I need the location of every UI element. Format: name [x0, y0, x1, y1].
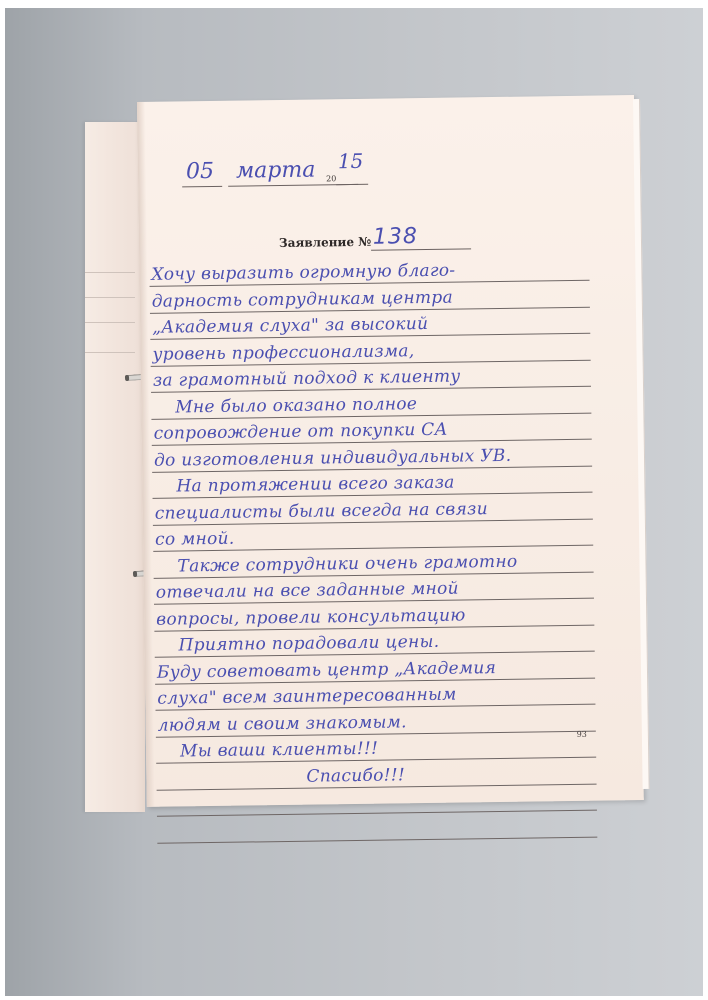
- leaf-ruled-line: [85, 352, 135, 353]
- statement-number-underline: [371, 248, 471, 250]
- handwritten-line: Спасибо!!!: [306, 765, 405, 786]
- handwritten-line: На протяжении всего заказа: [176, 473, 455, 497]
- handwritten-line: Хочу выразить огромную благо-: [151, 261, 455, 285]
- handwritten-line: Приятно порадовали цены.: [178, 632, 439, 656]
- leaf-ruled-line: [85, 297, 135, 298]
- handwritten-line: за грамотный подход к клиенту: [153, 367, 461, 391]
- statement-label: Заявление №: [279, 235, 371, 250]
- date-year-underline: [336, 184, 358, 185]
- handwritten-line: людям и своим знакомым.: [158, 712, 407, 735]
- handwritten-line: Мне было оказано полное: [175, 394, 417, 417]
- page-number: 93: [577, 730, 587, 739]
- handwritten-line: специалисты были всегда на связи: [155, 499, 488, 524]
- document-page: 05 марта 20 15 Заявление № 138 Хочу выра…: [137, 95, 644, 807]
- handwritten-line: слуха" всем заинтересованным: [157, 685, 457, 709]
- date-century-prefix: 20: [326, 174, 336, 183]
- handwritten-line: дарность сотрудникам центра: [152, 287, 453, 311]
- date-day: 05: [186, 159, 214, 184]
- handwritten-line: сопровождение от покупки СА: [153, 420, 447, 444]
- left-page-leaf: [85, 122, 145, 812]
- date-year: 15: [338, 149, 364, 173]
- statement-number: 138: [373, 224, 418, 250]
- handwritten-line: отвечали на все заданные мной: [156, 579, 459, 603]
- handwritten-line: вопросы, провели консультацию: [156, 605, 466, 629]
- leaf-ruled-line: [85, 272, 135, 273]
- handwritten-line: Буду советовать центр „Академия: [157, 658, 496, 683]
- date-day-underline: [182, 186, 222, 188]
- leaf-ruled-line: [85, 322, 135, 323]
- statement-title: Заявление № 138: [279, 223, 509, 256]
- date-field: 05 марта 20 15: [178, 156, 418, 189]
- handwritten-line: „Академия слуха" за высокий: [152, 314, 428, 338]
- handwritten-line: уровень профессионализма,: [152, 341, 414, 365]
- handwritten-line: со мной.: [155, 529, 235, 550]
- handwritten-line: Также сотрудники очень грамотно: [177, 551, 517, 576]
- open-book: 05 марта 20 15 Заявление № 138 Хочу выра…: [85, 102, 640, 812]
- date-month: марта: [236, 158, 316, 184]
- handwritten-line: Мы ваши клиенты!!!: [180, 739, 378, 762]
